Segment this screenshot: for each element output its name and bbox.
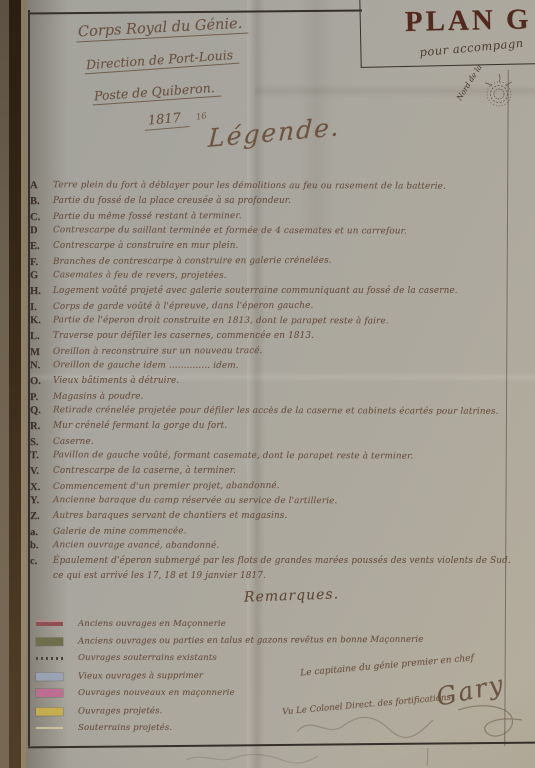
legend-item: B. Partie du fossé de la place creusée à… — [30, 194, 512, 209]
color-key-row: Anciens ouvrages en Maçonnerie — [36, 615, 346, 632]
pencil-note-scrawl — [182, 750, 322, 768]
remarks-title: Remarques. — [244, 586, 340, 605]
legend-item-text: Épaulement d'éperon submergé par les flo… — [53, 554, 512, 584]
header-direction: Direction de Port-Louis — [84, 47, 240, 75]
color-key-label: Ouvrages souterrains existants — [78, 653, 217, 663]
page-binding-edge — [9, 0, 21, 768]
color-key-swatch-icon — [36, 657, 63, 660]
legend-item-text: Partie du fossé de la place creusée à sa… — [53, 194, 291, 209]
legend-item-letter: D — [30, 223, 53, 238]
legend-item-text: Retirade crénelée projetée pour défiler … — [53, 403, 499, 420]
color-key-swatch-icon — [36, 727, 63, 730]
color-key-label: Vieux ouvrages à supprimer — [78, 671, 203, 682]
color-key-row: Ouvrages souterrains existants — [36, 650, 346, 667]
legend-item-text: Oreillon de gauche idem .............. i… — [53, 358, 239, 374]
legend-item-text: Terre plein du fort à déblayer pour les … — [53, 178, 446, 194]
color-key-swatch-icon — [36, 673, 63, 681]
legend-item-letter: V. — [30, 464, 53, 479]
pencil-tick — [427, 748, 429, 766]
color-key-swatch-icon — [36, 689, 63, 697]
legend-item: H. Logement voûté projeté avec galerie s… — [30, 284, 512, 299]
color-key-row: Anciens ouvrages ou parties en talus et … — [36, 632, 346, 651]
legend-item-letter: R. — [30, 419, 53, 434]
legend-item-letter: N. — [30, 358, 53, 373]
legend-item: T. Pavillon de gauche voûté, formant cas… — [30, 448, 512, 465]
legend-item-letter: Y. — [30, 493, 53, 508]
legend-item-text: Mur crénelé fermant la gorge du fort. — [53, 419, 227, 434]
color-key-swatch-icon — [36, 707, 63, 715]
color-key-row: Ouvrages nouveaux en maçonnerie — [36, 685, 346, 702]
color-key-label: Anciens ouvrages ou parties en talus et … — [78, 635, 423, 647]
legend-item-text: Vieux bâtiments à détruire. — [53, 374, 179, 389]
legend-item-text: Ancienne baraque du camp réservée au ser… — [53, 493, 338, 509]
color-key-label: Souterrains projetés. — [78, 723, 172, 733]
legend-item-text: Contrescarpe à construire en mur plein. — [53, 239, 239, 254]
legend-item-text: Autres baraques servant de chantiers et … — [53, 509, 287, 524]
legend-item-letter: c. — [30, 554, 53, 569]
compass-seal-icon — [478, 72, 518, 116]
header-year-note: 16 — [195, 111, 207, 122]
legend-item-letter: Z. — [30, 509, 53, 524]
legend-item: R. Mur crénelé fermant la gorge du fort. — [30, 419, 512, 434]
legend-item-letter: A — [30, 178, 53, 193]
legend-item: D Contrescarpe du saillant terminée et f… — [30, 223, 512, 240]
legend-item: G Casemates à feu de revers, projetées. — [30, 268, 512, 285]
legend-item-letter: b. — [30, 538, 53, 553]
legend-item-text: Partie de l'éperon droit construite en 1… — [53, 313, 389, 329]
legend-item-text: Contrescarpe du saillant terminée et for… — [53, 223, 407, 239]
legend-item-text: Casemates à feu de revers, projetées. — [53, 268, 227, 284]
color-key-label: Anciens ouvrages en Maçonnerie — [78, 619, 226, 629]
legend-item-letter: B. — [30, 194, 53, 209]
plan-title-box: PLAN G pour accompagn — [359, 0, 535, 68]
legend-item: K. Partie de l'éperon droit construite e… — [30, 313, 512, 330]
legend-item-letter: O. — [30, 374, 53, 389]
color-key-label: Ouvrages nouveaux en maçonnerie — [78, 688, 235, 698]
header-year: 1817 — [143, 110, 189, 131]
legend-item-letter: Q. — [30, 403, 53, 418]
color-key-swatch-icon — [36, 622, 63, 626]
captain-signature-flourish — [452, 700, 532, 749]
legend-item-letter: E. — [30, 239, 53, 254]
legend-list: A Terre plein du fort à déblayer pour le… — [30, 179, 512, 584]
legend-item: Q. Retirade crénelée projetée pour défil… — [30, 403, 512, 420]
legend-item: Y. Ancienne baraque du camp réservée au … — [30, 493, 512, 510]
document-photo: PLAN G pour accompagn Nord de la Corps R… — [0, 0, 535, 768]
legend-item-letter: H. — [30, 284, 53, 299]
legend-item-text: Pavillon de gauche voûté, formant casema… — [53, 448, 413, 464]
legend-item-text: Contrescarpe de la caserne, à terminer. — [53, 464, 236, 479]
legend-item: L. Traverse pour défiler les casernes, c… — [30, 329, 512, 344]
legend-item: c. Épaulement d'éperon submergé par les … — [30, 554, 512, 584]
legend-item-text: Logement voûté projeté avec galerie sout… — [53, 284, 458, 299]
color-key-swatch-icon — [36, 638, 63, 646]
legend-item-text: Traverse pour défiler les casernes, comm… — [53, 329, 314, 344]
legend-item-letter: G — [30, 268, 53, 283]
legend-item: N. Oreillon de gauche idem .............… — [30, 358, 512, 375]
plan-title: PLAN G — [404, 3, 531, 39]
header-poste: Poste de Quiberon. — [92, 80, 222, 106]
legend-item-letter: T. — [30, 448, 53, 463]
header-corps: Corps Royal du Génie. — [76, 16, 249, 43]
colonel-signature-scrawl — [293, 710, 438, 746]
legend-item: V. Contrescarpe de la caserne, à termine… — [30, 464, 512, 479]
legend-item-letter: K. — [30, 313, 53, 328]
legend-item: O. Vieux bâtiments à détruire. — [30, 374, 512, 389]
legend-item: E. Contrescarpe à construire en mur plei… — [30, 239, 512, 254]
legend-item-letter: L. — [30, 329, 53, 344]
legend-item: b. Ancien ouvrage avancé, abandonné. — [30, 538, 512, 555]
page-edge-outer — [0, 0, 9, 768]
plan-subtitle: pour accompagn — [419, 36, 524, 59]
color-key-label: Ouvrages projetés. — [78, 706, 162, 716]
legend-item: A Terre plein du fort à déblayer pour le… — [30, 178, 512, 195]
legend-item-text: Ancien ouvrage avancé, abandonné. — [53, 538, 219, 554]
legend-item: Z. Autres baraques servant de chantiers … — [30, 509, 512, 524]
